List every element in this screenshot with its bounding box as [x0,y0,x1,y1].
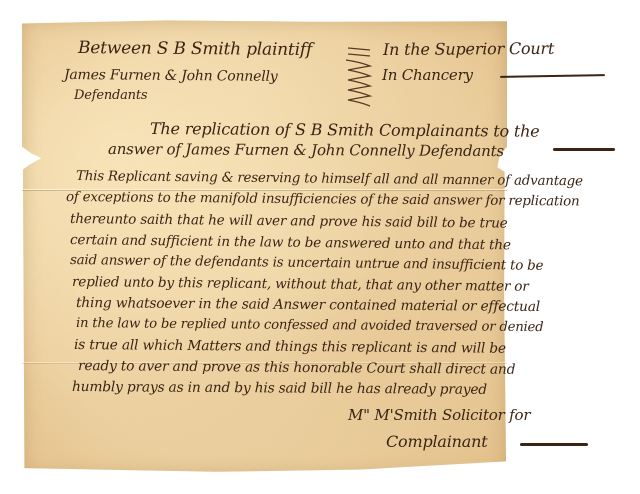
signature-role: Complainant [386,432,487,451]
caption-parties-line-1: Between S B Smith plaintiff [78,38,312,60]
caption-parties-line-3: Defendants [74,88,147,103]
signature-end-flourish [520,443,588,446]
bracket-flourish-icon [344,44,374,110]
title-line-2: answer of James Furnen & John Connelly D… [108,140,504,160]
caption-court-line-1: In the Superior Court [383,39,554,59]
caption-court-line-2: In Chancery [382,66,473,84]
title-line-1: The replication of S B Smith Complainant… [150,119,540,141]
title-end-flourish [553,148,615,151]
body-line-11: humbly prays as in and by his said bill … [72,379,487,398]
caption-parties-line-2: James Furnen & John Connelly [64,67,278,85]
signature-name: M" M'Smith Solicitor for [348,406,530,424]
caption-underline [500,74,605,78]
